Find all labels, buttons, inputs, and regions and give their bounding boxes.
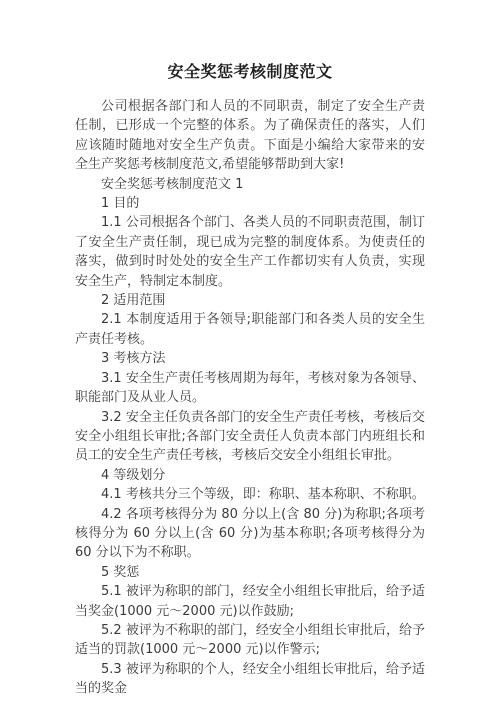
- paragraph: 4.1 考核共分三个等级，即：称职、基本称职、不称职。: [75, 485, 425, 504]
- paragraph: 4.2 各项考核得分为 80 分以上(含 80 分)为称职;各项考核得分为 60…: [75, 505, 425, 563]
- paragraph: 5.2 被评为不称职的部门，经安全小组组长审批后，给予适当的罚款(1000 元～…: [75, 621, 425, 660]
- paragraph: 5.3 被评为称职的个人，经安全小组组长审批后，给予适当的奖金: [75, 660, 425, 699]
- paragraph: 3.2 安全主任负责各部门的安全生产责任考核，考核后交安全小组组长审批;各部门安…: [75, 408, 425, 466]
- paragraph: 2.1 本制度适用于各领导;职能部门和各类人员的安全生产责任考核。: [75, 310, 425, 349]
- document-page: 安全奖惩考核制度范文 公司根据各部门和人员的不同职责，制定了安全生产责任制，已形…: [0, 0, 500, 707]
- paragraph: 5.1 被评为称职的部门，经安全小组组长审批后，给予适当奖金(1000 元～20…: [75, 582, 425, 621]
- paragraph: 1.1 公司根据各个部门、各类人员的不同职责范围，制订了安全生产责任制，现已成为…: [75, 213, 425, 291]
- paragraph: 3 考核方法: [75, 349, 425, 368]
- document-title: 安全奖惩考核制度范文: [0, 61, 500, 82]
- document-body: 公司根据各部门和人员的不同职责，制定了安全生产责任制，已形成一个完整的体系。为了…: [0, 97, 500, 699]
- paragraph: 5 奖惩: [75, 563, 425, 582]
- paragraph: 4 等级划分: [75, 466, 425, 485]
- paragraph: 3.1 安全生产责任考核周期为每年，考核对象为各领导、职能部门及从业人员。: [75, 369, 425, 408]
- paragraph: 公司根据各部门和人员的不同职责，制定了安全生产责任制，已形成一个完整的体系。为了…: [75, 97, 425, 175]
- paragraph: 2 适用范围: [75, 291, 425, 310]
- paragraph: 1 目的: [75, 194, 425, 213]
- paragraph: 安全奖惩考核制度范文 1: [75, 175, 425, 194]
